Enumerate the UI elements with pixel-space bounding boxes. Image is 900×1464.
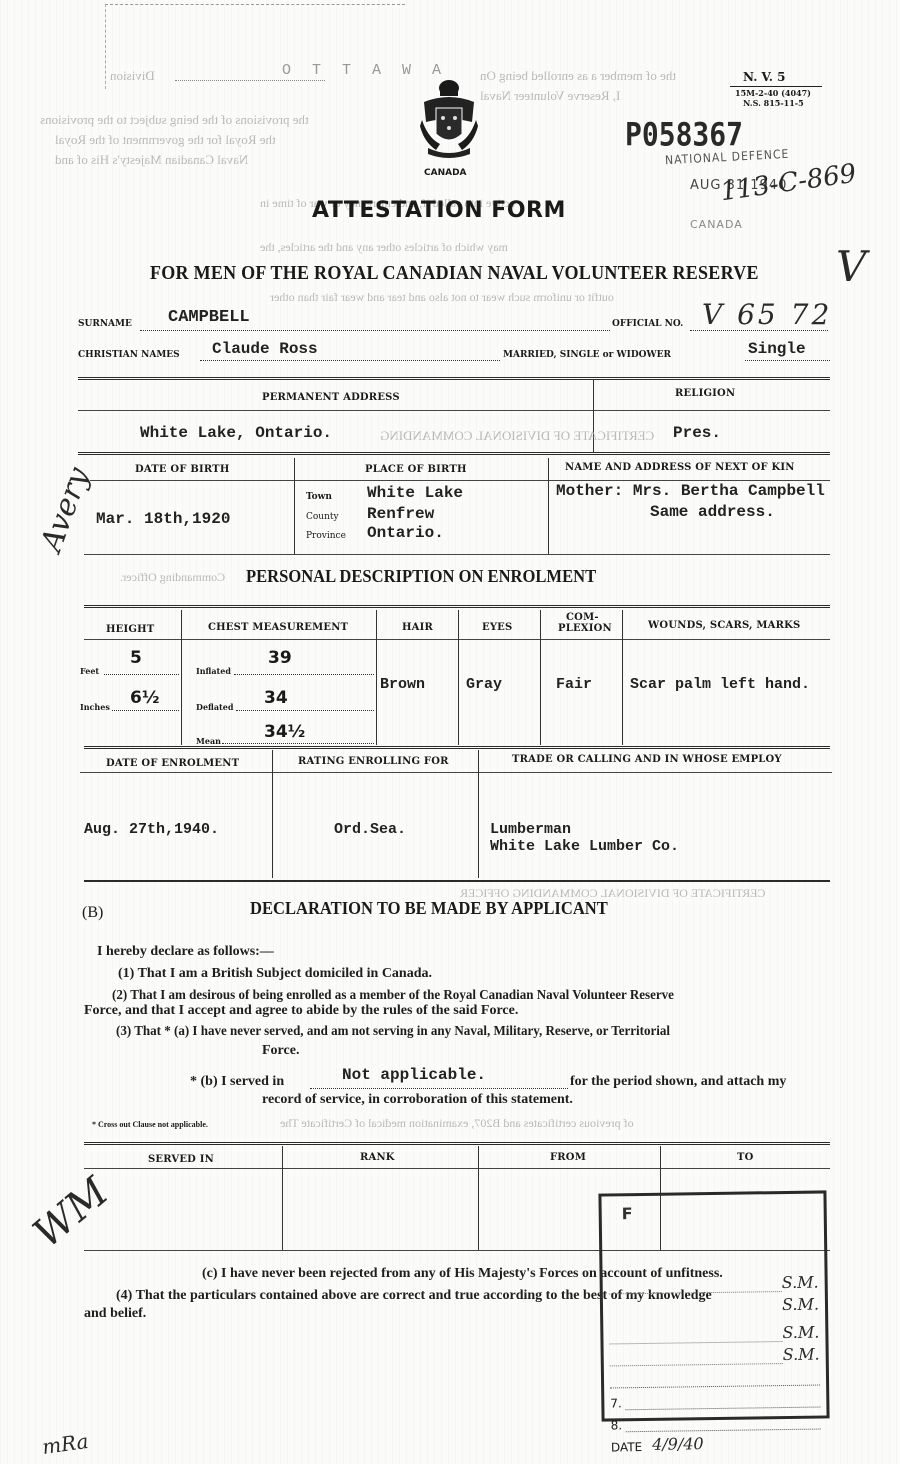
declaration-item1: (1) That I am a British Subject domicile… bbox=[118, 966, 432, 982]
service-header-rule bbox=[84, 1168, 830, 1169]
declaration-item2-line2: Force, and that I accept and agree to ab… bbox=[84, 1003, 518, 1019]
checklist-initials-2: S.M. bbox=[782, 1295, 819, 1315]
trade-line2-field[interactable]: White Lake Lumber Co. bbox=[490, 838, 679, 855]
county-field[interactable]: Renfrew bbox=[367, 505, 434, 523]
bleed-medical: of previous certificates and B207, exami… bbox=[280, 1116, 634, 1131]
checklist-stamp: F S.M. S.M. S.M. S.M. 7. bbox=[598, 1190, 829, 1421]
checklist-num-7: 7. bbox=[610, 1396, 622, 1410]
description-bottom-rule bbox=[84, 746, 830, 750]
town-field[interactable]: White Lake bbox=[367, 484, 463, 502]
inches-label: Inches bbox=[80, 702, 110, 712]
margin-initials-left: WM bbox=[25, 1169, 117, 1257]
date-of-birth-field[interactable]: Mar. 18th,1920 bbox=[96, 510, 230, 528]
desc-divider-4 bbox=[540, 610, 541, 745]
next-of-kin-line1[interactable]: Mother: Mrs. Bertha Campbell bbox=[556, 482, 825, 500]
bleed-certificate: CERTIFICATE OF DIVISIONAL COMMANDING bbox=[380, 428, 654, 444]
declaration-item3a-line2: Force. bbox=[262, 1043, 299, 1059]
mean-field[interactable]: 34½ bbox=[264, 722, 305, 742]
service-header-from: FROM bbox=[550, 1152, 586, 1163]
feet-line bbox=[104, 674, 179, 675]
checklist-lines: S.M. S.M. S.M. S.M. 7. 8. bbox=[603, 1269, 828, 1454]
checklist-line-3: S.M. bbox=[603, 1319, 825, 1344]
coat-of-arms-icon bbox=[418, 78, 480, 158]
enrolment-divider-2 bbox=[478, 750, 479, 878]
form-code: N. V. 5 bbox=[743, 70, 785, 84]
division-value: O T T A W A bbox=[282, 62, 447, 79]
service-divider-1 bbox=[282, 1146, 283, 1250]
official-no-label: OFFICIAL NO. bbox=[612, 319, 683, 329]
description-header-rule bbox=[84, 639, 830, 640]
surname-label: SURNAME bbox=[78, 319, 132, 329]
province-field[interactable]: Ontario. bbox=[367, 524, 444, 542]
handwritten-check: V bbox=[836, 242, 866, 291]
deflated-line bbox=[236, 710, 374, 711]
division-label: Division bbox=[110, 68, 155, 84]
margin-signature: Avery bbox=[34, 463, 96, 556]
desc-divider-3 bbox=[458, 610, 459, 745]
birth-divider-2 bbox=[548, 458, 549, 554]
declaration-item3b-line2: record of service, in corroboration of t… bbox=[262, 1092, 573, 1108]
checklist-initials-1: S.M. bbox=[782, 1273, 819, 1293]
inflated-field[interactable]: 39 bbox=[268, 648, 292, 668]
bleed-text-1: the provisions of the being subject to t… bbox=[40, 112, 309, 128]
province-label: Province bbox=[306, 531, 346, 541]
feet-field[interactable]: 5 bbox=[130, 648, 142, 668]
chest-header: CHEST MEASUREMENT bbox=[208, 622, 348, 633]
bleed-text-5: may which of articles other any and the … bbox=[260, 240, 508, 255]
checklist-initials-4: S.M. bbox=[783, 1345, 820, 1365]
bleed-text-6: outfit or uniform such wear to not also … bbox=[270, 290, 614, 305]
enrolment-date-field[interactable]: Aug. 27th,1940. bbox=[84, 821, 219, 838]
complexion-field[interactable]: Fair bbox=[556, 676, 592, 693]
bleed-text-top-right-2: I, Reserve Volunteer Naval bbox=[480, 88, 620, 104]
checklist-line-8: 8. bbox=[604, 1407, 826, 1432]
christian-names-field[interactable]: Claude Ross bbox=[212, 340, 318, 358]
checklist-line-1: S.M. bbox=[603, 1269, 825, 1294]
surname-field[interactable]: CAMPBELL bbox=[168, 308, 250, 327]
service-header-served-in: SERVED IN bbox=[148, 1154, 214, 1165]
declaration-intro: I hereby declare as follows:— bbox=[97, 944, 274, 960]
enrolment-bottom-rule bbox=[84, 880, 830, 882]
desc-divider-1 bbox=[181, 610, 182, 745]
deflated-field[interactable]: 34 bbox=[264, 688, 288, 708]
hair-header: HAIR bbox=[402, 622, 433, 633]
declaration-item3b-prefix: * (b) I served in bbox=[190, 1074, 284, 1090]
complexion-header-2: PLEXION bbox=[558, 623, 612, 634]
birth-header-rule bbox=[90, 480, 830, 481]
checklist-line-4: S.M. bbox=[604, 1341, 826, 1366]
religion-field[interactable]: Pres. bbox=[673, 424, 721, 442]
description-top-rule bbox=[84, 605, 830, 609]
mean-line bbox=[222, 743, 374, 744]
enrolment-date-label: DATE OF ENROLMENT bbox=[106, 758, 239, 769]
checklist-initials-3: S.M. bbox=[782, 1323, 819, 1343]
inflated-label: Inflated bbox=[196, 666, 231, 676]
form-subtitle: FOR MEN OF THE ROYAL CANADIAN NAVAL VOLU… bbox=[150, 262, 759, 285]
service-header-to: TO bbox=[737, 1152, 754, 1163]
enrolment-divider-1 bbox=[272, 750, 273, 878]
next-of-kin-label: NAME AND ADDRESS OF NEXT OF KIN bbox=[565, 462, 795, 473]
ns-code: N.S. 815-11-5 bbox=[743, 98, 804, 108]
print-code: 15M-2-40 (4047) bbox=[735, 88, 811, 98]
date-of-birth-label: DATE OF BIRTH bbox=[135, 464, 229, 475]
bleed-text-3: Naval Canadian Majesty's His of and bbox=[55, 152, 248, 168]
height-header: HEIGHT bbox=[106, 624, 154, 635]
surname-field-line bbox=[140, 330, 610, 331]
next-of-kin-line2[interactable]: Same address. bbox=[650, 503, 775, 521]
religion-label: RELIGION bbox=[675, 388, 735, 399]
bleed-text-2: the Royal for the government of the Roya… bbox=[55, 132, 276, 148]
served-in-line bbox=[310, 1088, 568, 1089]
form-code-rule bbox=[730, 86, 822, 87]
address-header-rule bbox=[78, 410, 830, 411]
bleed-commanding-officer: Commanding Officer. bbox=[120, 570, 225, 585]
form-title: ATTESTATION FORM bbox=[312, 198, 566, 223]
county-label: County bbox=[306, 512, 339, 522]
permanent-address-label: PERMANENT ADDRESS bbox=[262, 392, 400, 403]
marital-line bbox=[745, 360, 830, 361]
town-label: Town bbox=[306, 492, 332, 502]
handwritten-file-no: 113-C-869 bbox=[719, 159, 859, 208]
official-no-field[interactable]: V 65 72 bbox=[702, 298, 832, 331]
coat-of-arms-caption: CANADA bbox=[424, 168, 467, 178]
desc-divider-5 bbox=[622, 610, 623, 745]
checklist-line-7: 7. bbox=[604, 1385, 826, 1410]
checklist-line-2: S.M. bbox=[603, 1291, 825, 1316]
inflated-line bbox=[234, 674, 374, 675]
place-of-birth-label: PLACE OF BIRTH bbox=[365, 464, 467, 475]
checklist-date-label: DATE bbox=[611, 1440, 642, 1454]
checklist-num-8: 8. bbox=[611, 1418, 623, 1432]
birth-divider-1 bbox=[294, 458, 295, 554]
bleed-text-top-right-1: the of member a as enrolled being On bbox=[480, 68, 676, 84]
declaration-item4-line2: and belief. bbox=[84, 1306, 146, 1322]
division-dots bbox=[175, 80, 325, 81]
stamp-glyph: F bbox=[622, 1204, 633, 1223]
wounds-field[interactable]: Scar palm left hand. bbox=[630, 676, 810, 693]
checklist-date-value: 4/9/40 bbox=[652, 1434, 704, 1454]
inches-line bbox=[112, 710, 179, 711]
deflated-label: Deflated bbox=[196, 702, 233, 712]
marital-field[interactable]: Single bbox=[748, 340, 806, 358]
attestation-form-page: Division O T T A W A the provisions of t… bbox=[0, 0, 900, 1464]
served-in-field[interactable]: Not applicable. bbox=[342, 1066, 486, 1084]
hair-field[interactable]: Brown bbox=[380, 676, 425, 693]
checklist-date-row: DATE 4/9/40 bbox=[605, 1429, 827, 1454]
rating-label: RATING ENROLLING FOR bbox=[298, 756, 449, 767]
service-table-top-rule bbox=[84, 1142, 830, 1146]
eyes-field[interactable]: Gray bbox=[466, 676, 502, 693]
desc-divider-2 bbox=[376, 610, 377, 745]
eyes-header: EYES bbox=[482, 622, 512, 633]
enrolment-header-rule bbox=[80, 772, 832, 773]
christian-names-line bbox=[200, 360, 500, 361]
stamp-number: P058367 bbox=[625, 116, 743, 154]
address-top-rule bbox=[78, 377, 830, 381]
inches-field[interactable]: 6½ bbox=[130, 688, 159, 708]
birth-bottom-rule bbox=[84, 554, 830, 555]
service-header-rank: RANK bbox=[360, 1152, 395, 1163]
trade-line1-field[interactable]: Lumberman bbox=[490, 821, 571, 838]
margin-initials-bottom: mRa bbox=[41, 1429, 90, 1459]
declaration-item3b-suffix: for the period shown, and attach my bbox=[570, 1074, 786, 1090]
feet-label: Feet bbox=[80, 666, 99, 676]
declaration-item2-line1: (2) That I am desirous of being enrolled… bbox=[112, 988, 674, 1004]
complexion-header-1: COM- bbox=[566, 612, 599, 623]
footnote: * Cross out Clause not applicable. bbox=[92, 1120, 208, 1129]
rating-field[interactable]: Ord.Sea. bbox=[334, 821, 406, 838]
birth-top-rule bbox=[78, 452, 830, 456]
stamp-country: CANADA bbox=[690, 218, 743, 231]
declaration-title: DECLARATION TO BE MADE BY APPLICANT bbox=[250, 898, 608, 919]
personal-description-title: PERSONAL DESCRIPTION ON ENROLMENT bbox=[246, 566, 596, 587]
permanent-address-field[interactable]: White Lake, Ontario. bbox=[140, 424, 332, 442]
marital-label: MARRIED, SINGLE or WIDOWER bbox=[503, 350, 671, 360]
declaration-item3a-line1: (3) That * (a) I have never served, and … bbox=[116, 1024, 670, 1040]
checklist-line-5 bbox=[604, 1363, 826, 1388]
christian-names-label: CHRISTIAN NAMES bbox=[78, 350, 180, 360]
trade-label: TRADE OR CALLING AND IN WHOSE EMPLOY bbox=[512, 754, 782, 765]
wounds-header: WOUNDS, SCARS, MARKS bbox=[648, 620, 800, 631]
mean-label: Mean bbox=[196, 736, 221, 746]
declaration-section: (B) bbox=[82, 904, 103, 922]
service-divider-2 bbox=[478, 1146, 479, 1250]
